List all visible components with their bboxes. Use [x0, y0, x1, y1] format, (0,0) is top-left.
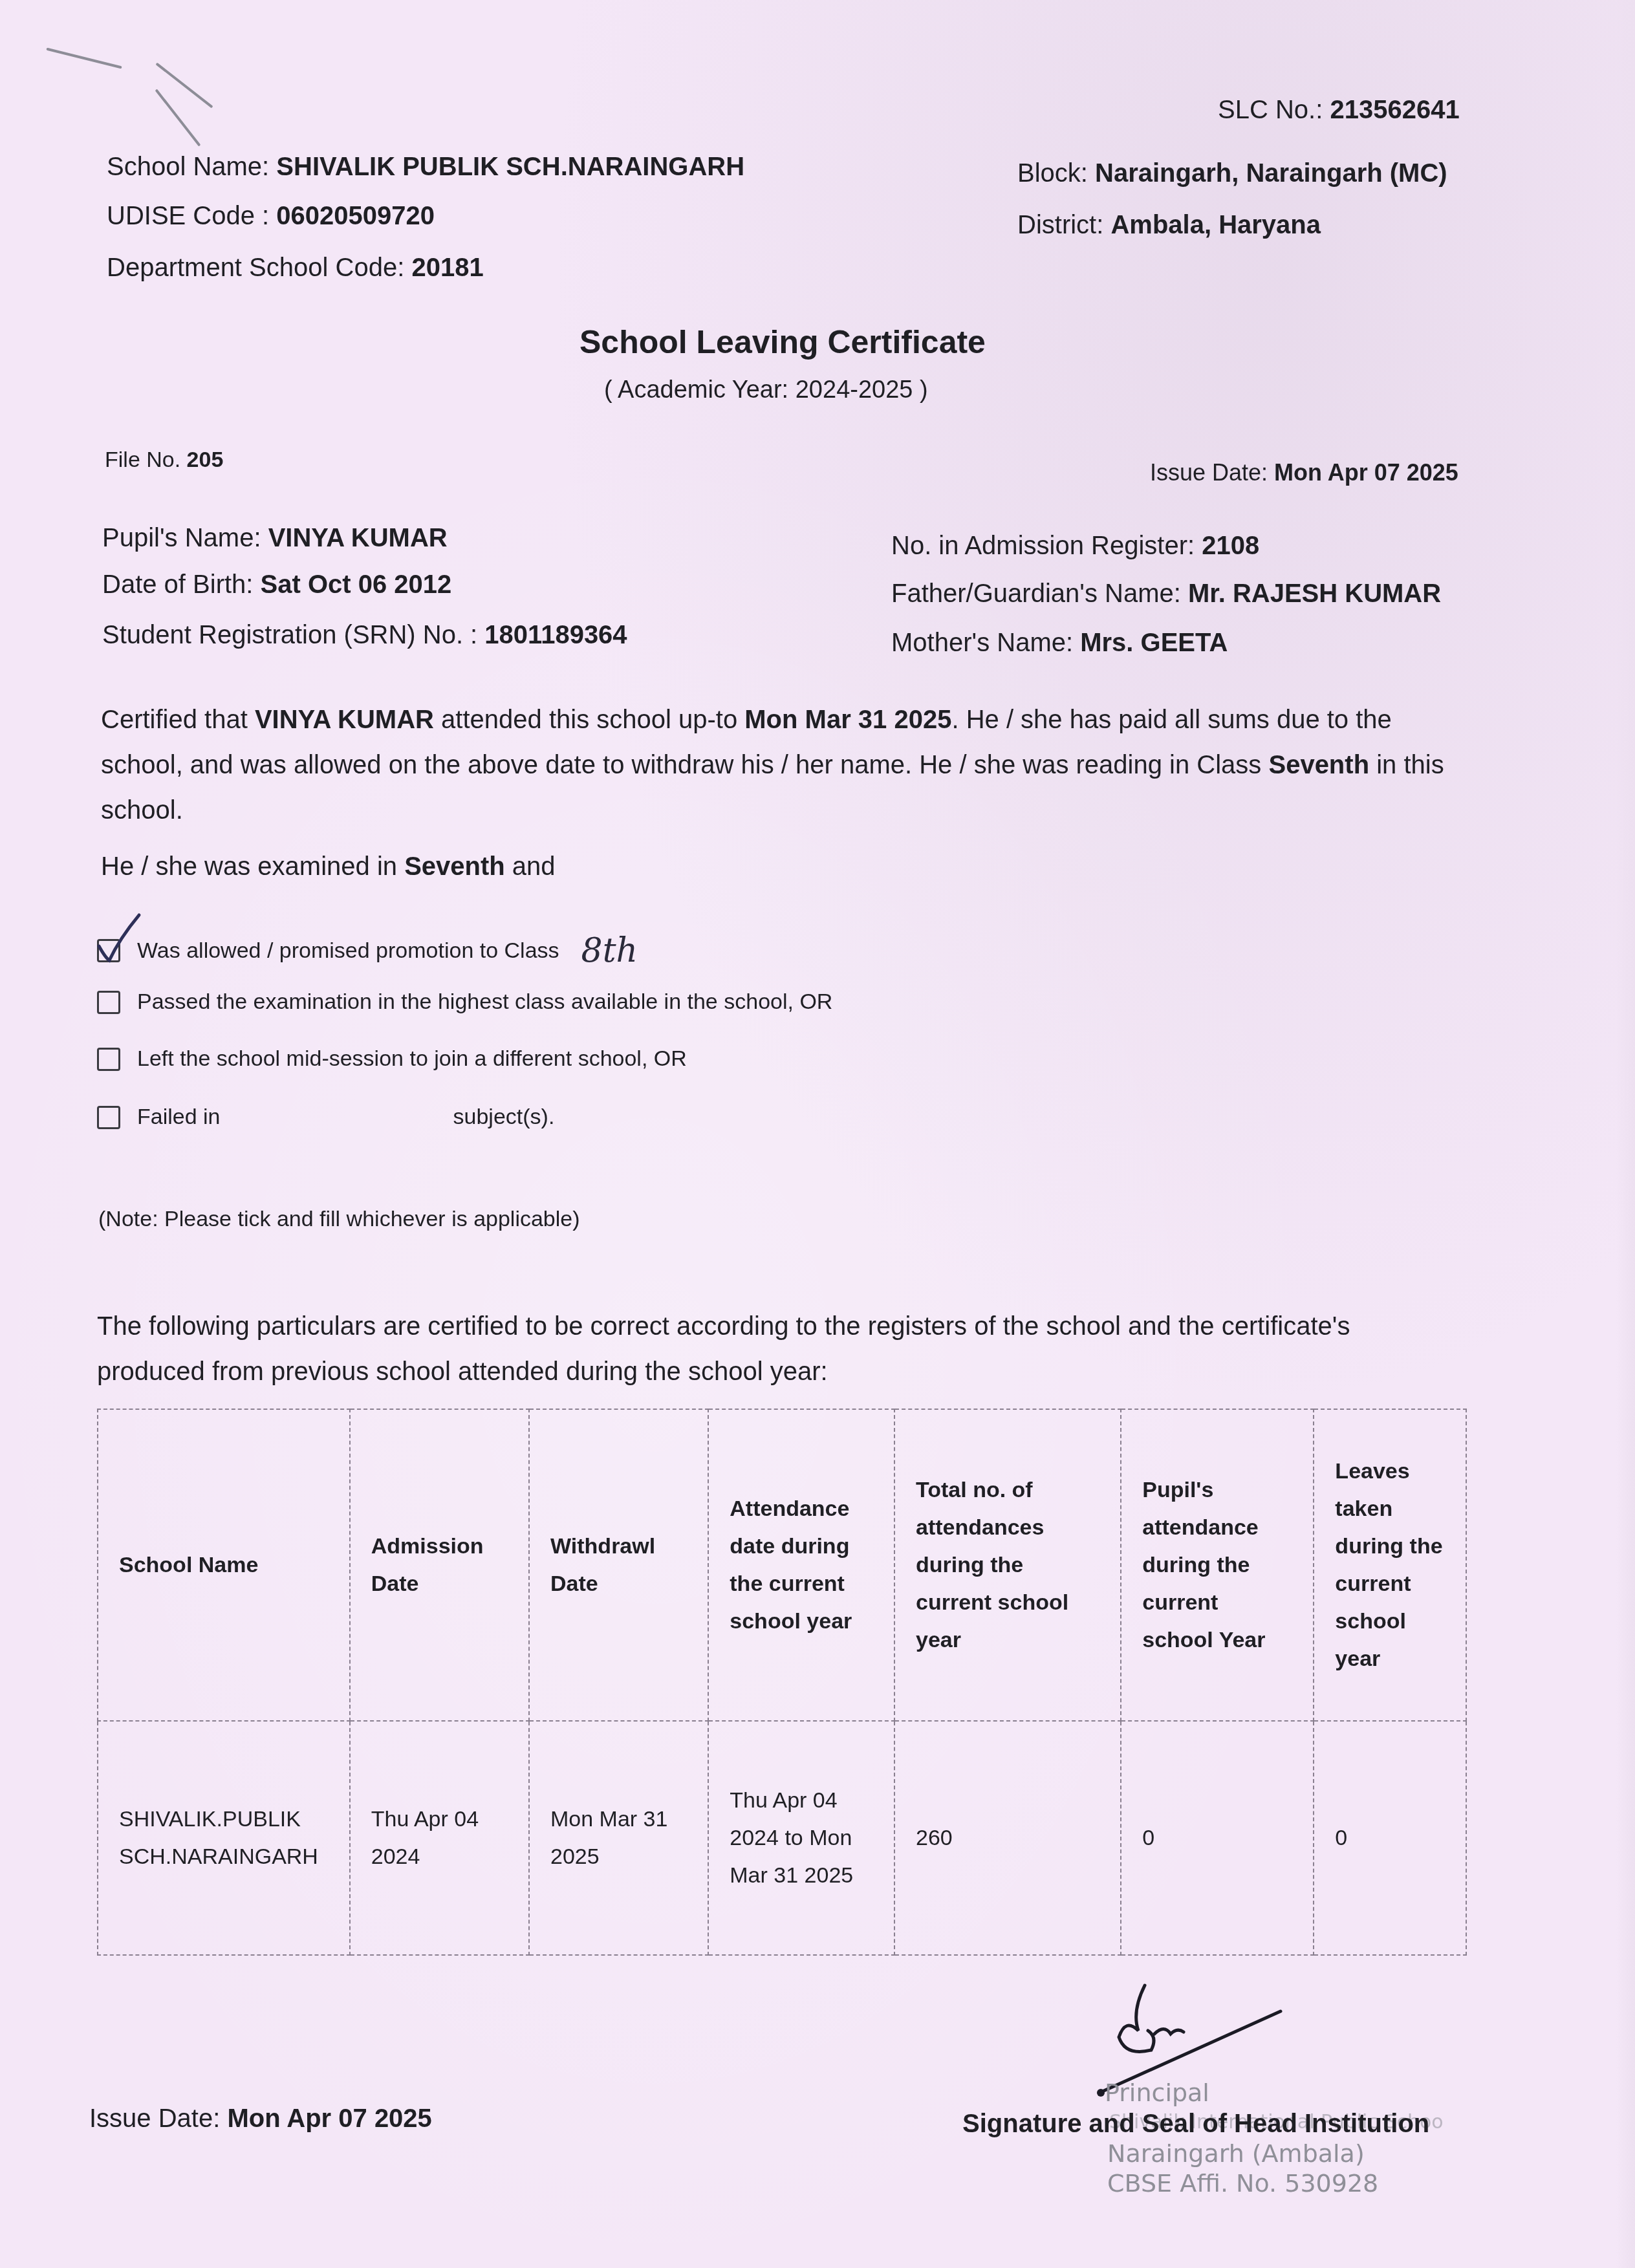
option-promotion[interactable]: Was allowed / promised promotion to Clas… [97, 931, 638, 970]
department-school-code: Department School Code: 20181 [107, 254, 484, 283]
staple-mark [155, 89, 201, 146]
seal-principal: Principal [1105, 2079, 1209, 2107]
option-label: Passed the examination in the highest cl… [137, 989, 832, 1015]
option-label: Failed in [137, 1105, 221, 1130]
col-leaves-taken: Leaves taken during the current school y… [1314, 1409, 1466, 1721]
checkbox-failed[interactable] [97, 1106, 120, 1129]
cell-pupil-attendance: 0 [1121, 1721, 1314, 1955]
school-name: School Name: SHIVALIK PUBLIK SCH.NARAING… [107, 153, 744, 182]
date-of-birth: Date of Birth: Sat Oct 06 2012 [102, 570, 451, 599]
option-suffix: subject(s). [453, 1105, 555, 1130]
checkbox-passed-highest[interactable] [97, 991, 120, 1014]
particulars-intro: The following particulars are certified … [97, 1304, 1423, 1394]
cell-attendance-dates: Thu Apr 04 2024 to Mon Mar 31 2025 [708, 1721, 894, 1955]
col-pupil-attendance: Pupil's attendance during the current sc… [1121, 1409, 1314, 1721]
father-name: Father/Guardian's Name: Mr. RAJESH KUMAR [891, 579, 1441, 609]
issue-date-top: Issue Date: Mon Apr 07 2025 [1150, 459, 1458, 486]
note: (Note: Please tick and fill whichever is… [98, 1207, 580, 1232]
cell-withdrawl-date: Mon Mar 31 2025 [529, 1721, 708, 1955]
option-left-mid-session[interactable]: Left the school mid-session to join a di… [97, 1046, 687, 1072]
col-school-name: School Name [98, 1409, 350, 1721]
col-withdrawl-date: Withdrawl Date [529, 1409, 708, 1721]
page-edge [1616, 0, 1635, 2268]
mother-name: Mother's Name: Mrs. GEETA [891, 629, 1228, 658]
certificate-page: SLC No.: 213562641 School Name: SHIVALIK… [0, 0, 1635, 2268]
option-label: Was allowed / promised promotion to Clas… [137, 938, 559, 964]
attendance-table: School Name Admission Date Withdrawl Dat… [97, 1409, 1467, 1956]
srn-number: Student Registration (SRN) No. : 1801189… [102, 621, 627, 650]
issue-date-bottom: Issue Date: Mon Apr 07 2025 [89, 2104, 432, 2133]
page-title: School Leaving Certificate [579, 323, 986, 361]
pupil-name: Pupil's Name: VINYA KUMAR [102, 524, 448, 553]
checkmark-icon [94, 913, 158, 964]
table-row: SHIVALIK.PUBLIK SCH.NARAINGARH Thu Apr 0… [98, 1721, 1466, 1955]
admission-register-number: No. in Admission Register: 2108 [891, 532, 1259, 561]
cell-admission-date: Thu Apr 04 2024 [350, 1721, 529, 1955]
option-label: Left the school mid-session to join a di… [137, 1046, 687, 1072]
seal-cbse-affiliation: CBSE Affi. No. 530928 [1107, 2169, 1378, 2198]
cell-total-attendances: 260 [894, 1721, 1121, 1955]
option-failed[interactable]: Failed in subject(s). [97, 1105, 554, 1130]
seal-location: Naraingarh (Ambala) [1107, 2139, 1365, 2168]
checkbox-promotion[interactable] [97, 939, 120, 962]
col-admission-date: Admission Date [350, 1409, 529, 1721]
slc-number: SLC No.: 213562641 [1218, 96, 1460, 125]
udise-code: UDISE Code : 06020509720 [107, 202, 435, 231]
handwritten-class: 8th [581, 931, 638, 970]
examined-statement: He / she was examined in Seventh and [101, 852, 556, 881]
col-total-attendances: Total no. of attendances during the curr… [894, 1409, 1121, 1721]
cell-school-name: SHIVALIK.PUBLIK SCH.NARAINGARH [98, 1721, 350, 1955]
option-passed-highest[interactable]: Passed the examination in the highest cl… [97, 989, 832, 1015]
certification-statement: Certified that VINYA KUMAR attended this… [101, 697, 1472, 833]
cell-leaves-taken: 0 [1314, 1721, 1466, 1955]
block: Block: Naraingarh, Naraingarh (MC) [1017, 159, 1447, 188]
col-attendance-dates: Attendance date during the current schoo… [708, 1409, 894, 1721]
academic-year: ( Academic Year: 2024-2025 ) [604, 376, 928, 404]
district: District: Ambala, Haryana [1017, 211, 1321, 240]
checkbox-left-mid-session[interactable] [97, 1048, 120, 1071]
staple-mark [46, 48, 122, 69]
signature-label: Signature and Seal of Head Institution [962, 2110, 1429, 2139]
file-number: File No. 205 [105, 448, 223, 473]
table-header-row: School Name Admission Date Withdrawl Dat… [98, 1409, 1466, 1721]
